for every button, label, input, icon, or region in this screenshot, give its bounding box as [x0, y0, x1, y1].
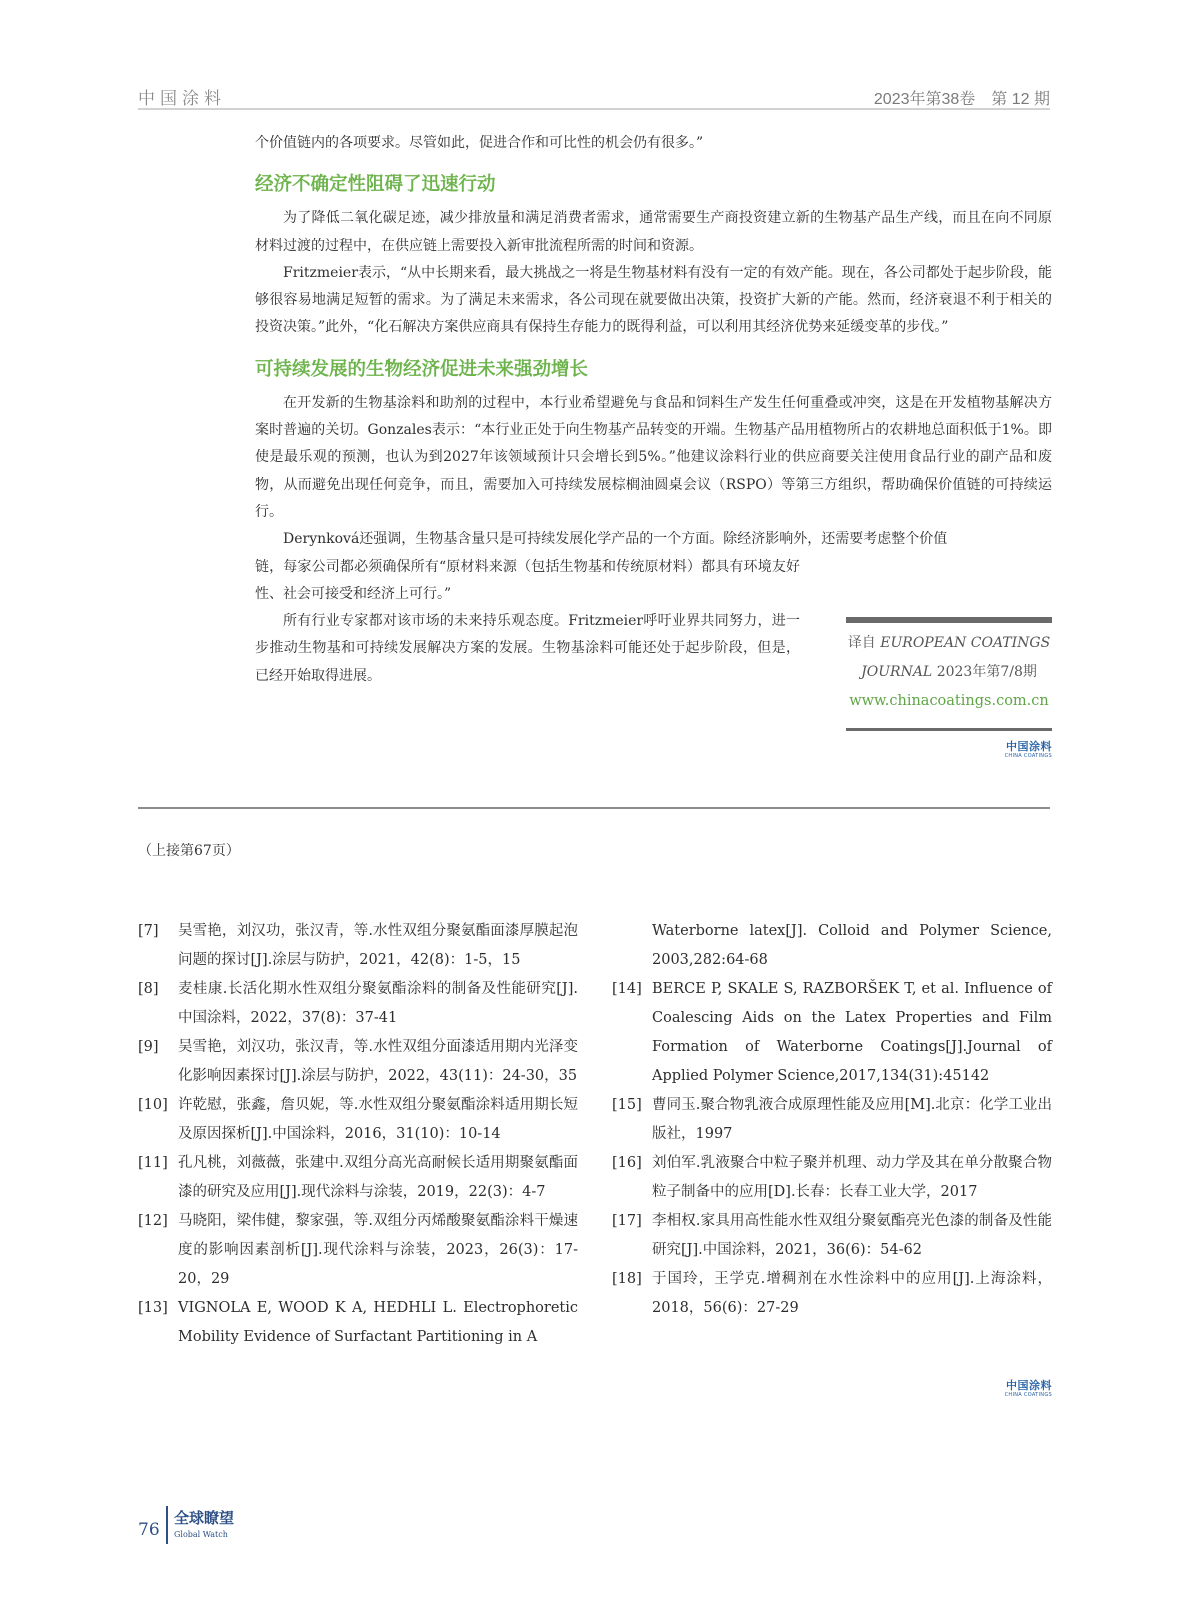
reference-item: [17]李相权.家具用高性能水性双组分聚氨酯亮光色漆的制备及性能研究[J].中国… [612, 1207, 1052, 1265]
reference-item: [18]于国玲，王学克.增稠剂在水性涂料中的应用[J].上海涂料，2018，56… [612, 1265, 1052, 1323]
references-right-column: Waterborne latex[J]. Colloid and Polymer… [612, 917, 1052, 1323]
reference-item: [10]许乾慰，张鑫，詹贝妮，等.水性双组分聚氨酯涂料适用期长短及原因探析[J]… [138, 1091, 578, 1149]
references-left-column: [7]吴雪艳，刘汉功，张汉青，等.水性双组分聚氨酯面漆厚膜起泡问题的探讨[J].… [138, 917, 578, 1352]
reference-item: [11]孔凡桃，刘薇薇，张建中.双组分高光高耐候长适用期聚氨酯面漆的研究及应用[… [138, 1149, 578, 1207]
website-link[interactable]: www.chinacoatings.com.cn [846, 687, 1052, 716]
continued-from-note: （上接第67页） [138, 840, 240, 860]
lead-paragraph: 个价值链内的各项要求。尽管如此，促进合作和可比性的机会仍有很多。” [255, 130, 1052, 157]
paragraph: Fritzmeier表示，“从中长期来看，最大挑战之一将是生物基材料有没有一定的… [255, 260, 1052, 342]
source-line-1: 译自 EUROPEAN COATINGS [846, 629, 1052, 658]
paragraph: 链，每家公司都必须确保所有“原材料来源（包括生物基和传统原材料）都具有环境友好性… [255, 554, 800, 609]
section-heading: 经济不确定性阻碍了迅速行动 [255, 171, 1052, 199]
paragraph: 为了降低二氧化碳足迹，减少排放量和满足消费者需求，通常需要生产商投资建立新的生物… [255, 205, 1052, 260]
source-line-2: JOURNAL 2023年第7/8期 [846, 658, 1052, 687]
page-number: 76 [138, 1520, 160, 1540]
section-divider [138, 807, 1050, 809]
section-name: 全球瞭望 [174, 1507, 234, 1528]
china-coatings-logo: 中国涂料 CHINA COATINGS [984, 1380, 1052, 1399]
running-header: 中国涂料 2023年第38卷 第 12 期 [138, 84, 1050, 110]
article-body: 个价值链内的各项要求。尽管如此，促进合作和可比性的机会仍有很多。” 经济不确定性… [255, 130, 1052, 690]
paragraph: Derynková还强调，生物基含量只是可持续发展化学产品的一个方面。除经济影响… [255, 526, 1052, 553]
paragraph: 在开发新的生物基涂料和助剂的过程中，本行业希望避免与食品和饲料生产发生任何重叠或… [255, 390, 1052, 526]
section-name-en: Global Watch [174, 1530, 228, 1539]
reference-item: [9]吴雪艳，刘汉功，张汉青，等.水性双组分面漆适用期内光泽变化影响因素探讨[J… [138, 1033, 578, 1091]
issue-info: 2023年第38卷 第 12 期 [874, 86, 1050, 109]
reference-item: [7]吴雪艳，刘汉功，张汉青，等.水性双组分聚氨酯面漆厚膜起泡问题的探讨[J].… [138, 917, 578, 975]
reference-item: [16]刘伯军.乳液聚合中粒子聚并机理、动力学及其在单分散聚合物粒子制备中的应用… [612, 1149, 1052, 1207]
footer-divider [166, 1506, 168, 1544]
reference-item: [8]麦桂康.长活化期水性双组分聚氨酯涂料的制备及性能研究[J].中国涂料，20… [138, 975, 578, 1033]
reference-item: [14]BERCE P, SKALE S, RAZBORŠEK T, et al… [612, 975, 1052, 1091]
source-box: 译自 EUROPEAN COATINGS JOURNAL 2023年第7/8期 … [846, 617, 1052, 731]
reference-item-continued: Waterborne latex[J]. Colloid and Polymer… [612, 917, 1052, 975]
china-coatings-logo: 中国涂料 CHINA COATINGS [984, 741, 1052, 760]
reference-item: [12]马晓阳，梁伟健，黎家强，等.双组分丙烯酸聚氨酯涂料干燥速度的影响因素剖析… [138, 1207, 578, 1294]
paragraph: 所有行业专家都对该市场的未来持乐观态度。Fritzmeier呼吁业界共同努力，进… [255, 608, 800, 690]
journal-name: 中国涂料 [138, 84, 226, 109]
reference-item: [15]曹同玉.聚合物乳液合成原理性能及应用[M].北京：化学工业出版社，199… [612, 1091, 1052, 1149]
reference-item: [13]VIGNOLA E, WOOD K A, HEDHLI L. Elect… [138, 1294, 578, 1352]
section-heading: 可持续发展的生物经济促进未来强劲增长 [255, 356, 1052, 384]
